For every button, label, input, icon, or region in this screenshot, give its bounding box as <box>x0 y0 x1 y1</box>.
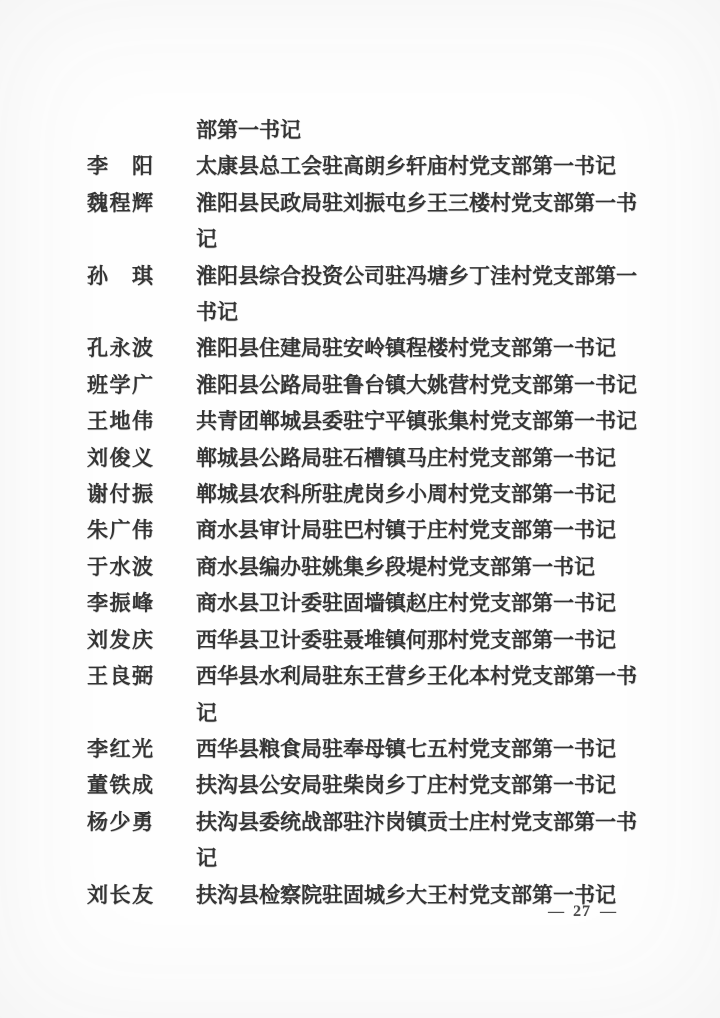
entry-name: 董铁成 <box>0 767 196 803</box>
entry-description: 西华县水利局驻东王营乡王化本村党支部第一书记 <box>196 658 640 731</box>
entry-name: 于水波 <box>0 549 196 585</box>
entry-name: 魏程辉 <box>0 185 196 221</box>
entry-description: 太康县总工会驻高朗乡轩庙村党支部第一书记 <box>196 148 640 184</box>
entry-description: 共青团郸城县委驻宁平镇张集村党支部第一书记 <box>196 403 640 439</box>
document-page: 部第一书记 李 阳 太康县总工会驻高朗乡轩庙村党支部第一书记 魏程辉 淮阳县民政… <box>0 0 720 1018</box>
entry-row: 于水波 商水县编办驻姚集乡段堤村党支部第一书记 <box>0 549 720 585</box>
entry-name: 李红光 <box>0 731 196 767</box>
entry-name: 谢付振 <box>0 476 196 512</box>
entry-description: 商水县卫计委驻固墙镇赵庄村党支部第一书记 <box>196 585 640 621</box>
entry-row: 李红光 西华县粮食局驻奉母镇七五村党支部第一书记 <box>0 731 720 767</box>
entry-name: 刘长友 <box>0 877 196 913</box>
entry-description: 淮阳县住建局驻安岭镇程楼村党支部第一书记 <box>196 330 640 366</box>
entry-description: 扶沟县委统战部驻汴岗镇贡士庄村党支部第一书记 <box>196 804 640 877</box>
entry-description: 郸城县农科所驻虎岗乡小周村党支部第一书记 <box>196 476 640 512</box>
entry-row: 孙 琪 淮阳县综合投资公司驻冯塘乡丁洼村党支部第一书记 <box>0 258 720 331</box>
entry-description: 淮阳县公路局驻鲁台镇大姚营村党支部第一书记 <box>196 367 640 403</box>
entry-name: 王良弼 <box>0 658 196 694</box>
entry-name: 班学广 <box>0 367 196 403</box>
page-footer: — 27 — <box>548 903 616 921</box>
entry-name: 杨少勇 <box>0 804 196 840</box>
entry-row: 班学广 淮阳县公路局驻鲁台镇大姚营村党支部第一书记 <box>0 367 720 403</box>
entry-name: 朱广伟 <box>0 512 196 548</box>
footer-right-dash: — <box>600 903 616 921</box>
entry-name: 刘发庆 <box>0 622 196 658</box>
entry-name: 李振峰 <box>0 585 196 621</box>
entry-name: 李 阳 <box>0 148 196 184</box>
entry-name: 孙 琪 <box>0 258 196 294</box>
entry-row: 刘俊义 郸城县公路局驻石槽镇马庄村党支部第一书记 <box>0 440 720 476</box>
footer-left-dash: — <box>548 903 564 921</box>
entry-row: 李 阳 太康县总工会驻高朗乡轩庙村党支部第一书记 <box>0 148 720 184</box>
entry-row: 杨少勇 扶沟县委统战部驻汴岗镇贡士庄村党支部第一书记 <box>0 804 720 877</box>
entry-row: 董铁成 扶沟县公安局驻柴岗乡丁庄村党支部第一书记 <box>0 767 720 803</box>
entry-row: 魏程辉 淮阳县民政局驻刘振屯乡王三楼村党支部第一书记 <box>0 185 720 258</box>
entry-description: 商水县编办驻姚集乡段堤村党支部第一书记 <box>196 549 640 585</box>
entry-name: 孔永波 <box>0 330 196 366</box>
entry-row: 朱广伟 商水县审计局驻巴村镇于庄村党支部第一书记 <box>0 512 720 548</box>
entry-row: 孔永波 淮阳县住建局驻安岭镇程楼村党支部第一书记 <box>0 330 720 366</box>
entry-description: 郸城县公路局驻石槽镇马庄村党支部第一书记 <box>196 440 640 476</box>
page-number: 27 <box>573 903 591 921</box>
continuation-row: 部第一书记 <box>0 112 720 148</box>
entry-description: 淮阳县民政局驻刘振屯乡王三楼村党支部第一书记 <box>196 185 640 258</box>
text-flow: 部第一书记 李 阳 太康县总工会驻高朗乡轩庙村党支部第一书记 魏程辉 淮阳县民政… <box>0 112 720 913</box>
entry-name: 刘俊义 <box>0 440 196 476</box>
entry-description: 西华县粮食局驻奉母镇七五村党支部第一书记 <box>196 731 640 767</box>
entry-row: 刘发庆 西华县卫计委驻聂堆镇何那村党支部第一书记 <box>0 622 720 658</box>
entry-name: 王地伟 <box>0 403 196 439</box>
continuation-line: 部第一书记 <box>196 112 640 148</box>
entry-description: 扶沟县公安局驻柴岗乡丁庄村党支部第一书记 <box>196 767 640 803</box>
entry-description: 西华县卫计委驻聂堆镇何那村党支部第一书记 <box>196 622 640 658</box>
entry-row: 谢付振 郸城县农科所驻虎岗乡小周村党支部第一书记 <box>0 476 720 512</box>
entries-list: 李 阳 太康县总工会驻高朗乡轩庙村党支部第一书记 魏程辉 淮阳县民政局驻刘振屯乡… <box>0 148 720 913</box>
entry-row: 王地伟 共青团郸城县委驻宁平镇张集村党支部第一书记 <box>0 403 720 439</box>
entry-description: 淮阳县综合投资公司驻冯塘乡丁洼村党支部第一书记 <box>196 258 640 331</box>
entry-row: 王良弼 西华县水利局驻东王营乡王化本村党支部第一书记 <box>0 658 720 731</box>
entry-row: 李振峰 商水县卫计委驻固墙镇赵庄村党支部第一书记 <box>0 585 720 621</box>
entry-description: 商水县审计局驻巴村镇于庄村党支部第一书记 <box>196 512 640 548</box>
